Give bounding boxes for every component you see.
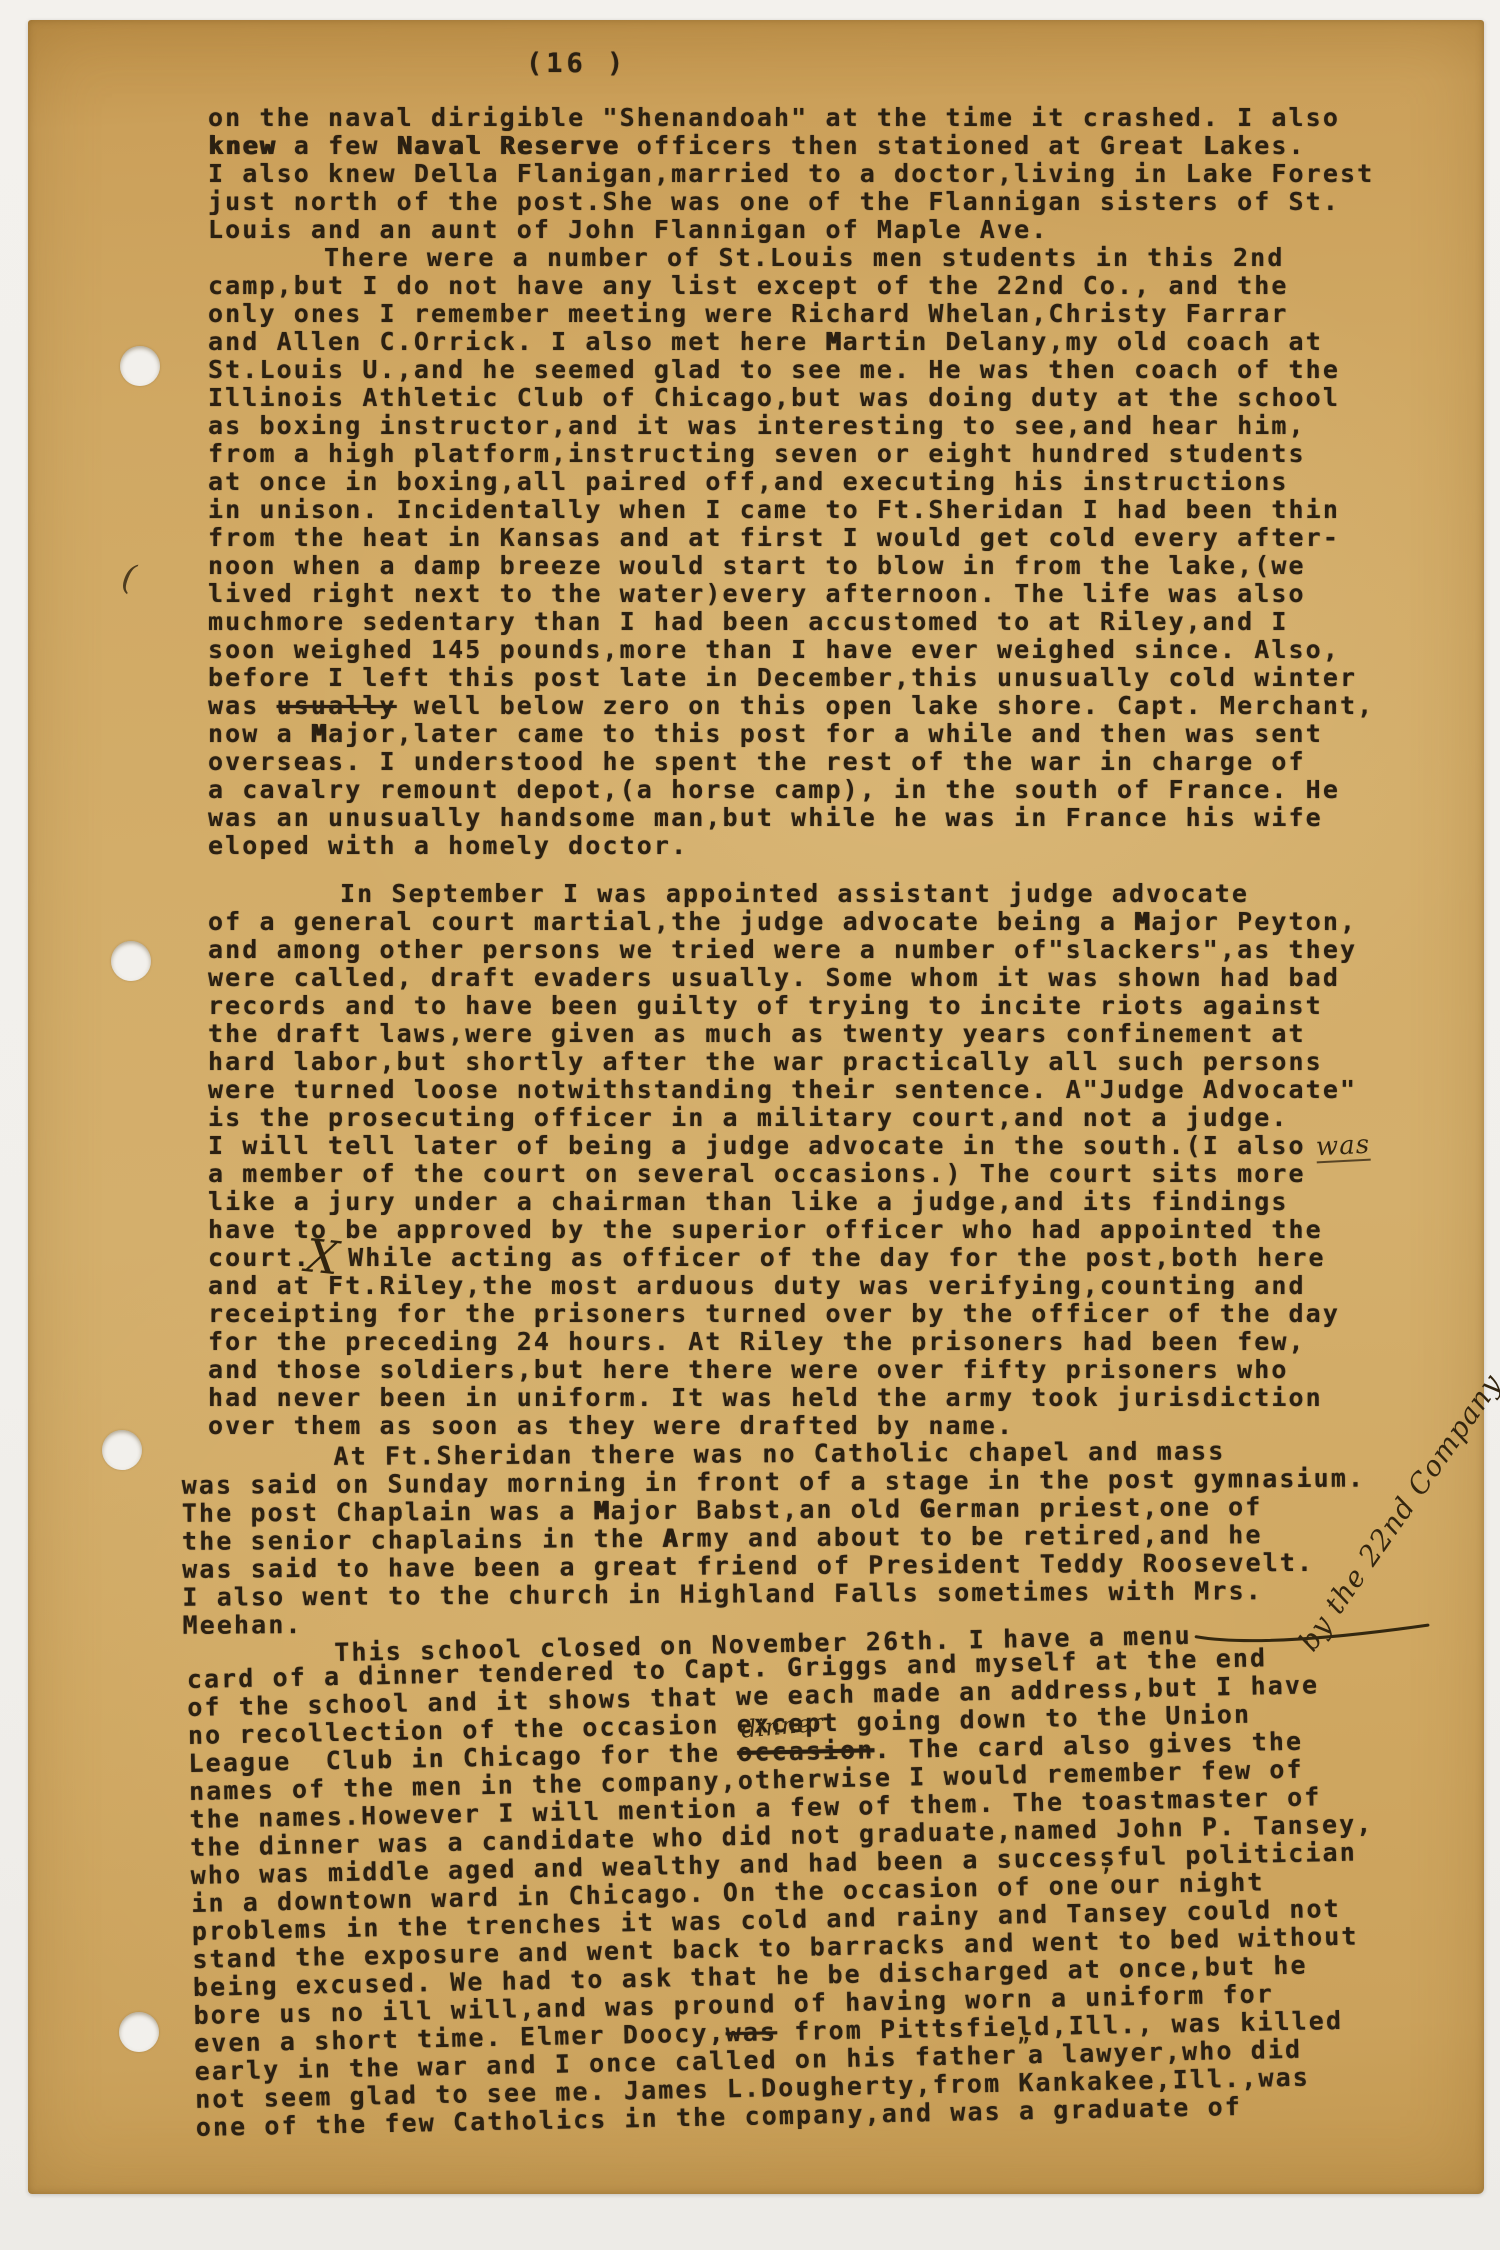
paragraph: At Ft.Sheridan there was no Catholic cha… — [181, 1436, 1428, 1640]
text-line: and among other persons we tried were a … — [208, 936, 1428, 964]
struck-word: occasiondinner — [737, 1735, 875, 1767]
text-line: There were a number of St.Louis men stud… — [208, 244, 1428, 272]
text-line: eloped with a homely doctor. — [208, 832, 1428, 860]
text-line: the draft laws,were given as much as twe… — [208, 1020, 1428, 1048]
paragraph: This school closed on November 26th. I h… — [186, 1613, 1434, 2142]
text-line: records and to have been guilty of tryin… — [208, 992, 1428, 1020]
text-line: like a jury under a chairman than like a… — [208, 1188, 1428, 1216]
paragraph: on the naval dirigible "Shenandoah" at t… — [208, 104, 1428, 244]
text-line: and those soldiers,but here there were o… — [208, 1356, 1428, 1384]
stray-pen-mark: ( — [119, 557, 139, 599]
text-line: a member of the court on several occasio… — [208, 1160, 1428, 1188]
text-line: on the naval dirigible "Shenandoah" at t… — [208, 104, 1428, 132]
text-line: from a high platform,instructing seven o… — [208, 440, 1428, 468]
paragraph: There were a number of St.Louis men stud… — [208, 244, 1428, 860]
text-line: and Allen C.Orrick. I also met here Mart… — [208, 328, 1428, 356]
text-line: St.Louis U.,and he seemed glad to see me… — [208, 356, 1428, 384]
text-line: and at Ft.Riley,the most arduous duty wa… — [208, 1272, 1428, 1300]
text-line: had never been in uniform. It was held t… — [208, 1384, 1428, 1412]
text-line: in unison. Incidentally when I came to F… — [208, 496, 1428, 524]
text-line: now a Major,later came to this post for … — [208, 720, 1428, 748]
text-line: I also knew Della Flanigan,married to a … — [208, 160, 1428, 188]
overstruck-text: M — [593, 1496, 610, 1525]
punch-hole — [102, 1430, 142, 1470]
overstruck-text: M — [311, 719, 328, 748]
text-line: muchmore sedentary than I had been accus… — [208, 608, 1428, 636]
text-line: of a general court martial,the judge adv… — [208, 908, 1428, 936]
overstruck-text: Naval Reserve — [397, 131, 620, 160]
text-line: receipting for the prisoners turned over… — [208, 1300, 1428, 1328]
handwritten-insertion-mark: ’ — [1100, 1862, 1111, 1890]
text-line: court.X While acting as officer of the d… — [208, 1244, 1428, 1272]
text-line: from the heat in Kansas and at first I w… — [208, 524, 1428, 552]
text-line: camp,but I do not have any list except o… — [208, 272, 1428, 300]
paragraph: In September I was appointed assistant j… — [208, 880, 1428, 1440]
struck-word: usually — [277, 691, 397, 720]
text-line: were turned loose notwithstanding their … — [208, 1076, 1428, 1104]
text-line: just north of the post.She was one of th… — [208, 188, 1428, 216]
handwritten-x-mark: X — [306, 1255, 324, 1257]
text-line: was an unusually handsome man,but while … — [208, 804, 1428, 832]
overstruck-text: M — [1134, 907, 1151, 936]
page-number: (16 ) — [526, 48, 627, 79]
text-line: a cavalry remount depot,(a horse camp), … — [208, 776, 1428, 804]
text-line: In September I was appointed assistant j… — [208, 880, 1428, 908]
text-line: is the prosecuting officer in a military… — [208, 1104, 1428, 1132]
handwritten-insertion-mark: ” — [1017, 2031, 1028, 2059]
text-line: was usually well below zero on this open… — [208, 692, 1428, 720]
text-line: before I left this post late in December… — [208, 664, 1428, 692]
text-line: only ones I remember meeting were Richar… — [208, 300, 1428, 328]
punch-hole — [119, 2012, 159, 2052]
text-line: Louis and an aunt of John Flannigan of M… — [208, 216, 1428, 244]
overstruck-text: knew — [208, 131, 277, 160]
overstruck-text: L — [1203, 131, 1220, 160]
text-line: hard labor,but shortly after the war pra… — [208, 1048, 1428, 1076]
text-line: overseas. I understood he spent the rest… — [208, 748, 1428, 776]
overstruck-text: M — [825, 327, 842, 356]
document-text: on the naval dirigible "Shenandoah" at t… — [208, 104, 1428, 2140]
text-line: lived right next to the water)every afte… — [208, 580, 1428, 608]
handwritten-word: was — [1315, 1131, 1371, 1164]
text-line: I will tell later of being a judge advoc… — [208, 1132, 1428, 1160]
text-line: over them as soon as they were drafted b… — [208, 1412, 1428, 1440]
overstruck-text: A — [662, 1524, 679, 1553]
text-line: for the preceding 24 hours. At Riley the… — [208, 1328, 1428, 1356]
text-line: have to be approved by the superior offi… — [208, 1216, 1428, 1244]
paper-sheet: (16 ) on the naval dirigible "Shenandoah… — [28, 20, 1484, 2194]
text-line: knew a few Naval Reserve officers then s… — [208, 132, 1428, 160]
text-line: soon weighed 145 pounds,more than I have… — [208, 636, 1428, 664]
struck-word: was — [725, 2017, 777, 2047]
text-line: at once in boxing,all paired off,and exe… — [208, 468, 1428, 496]
text-line: Illinois Athletic Club of Chicago,but wa… — [208, 384, 1428, 412]
punch-hole — [111, 941, 151, 981]
text-line: as boxing instructor,and it was interest… — [208, 412, 1428, 440]
text-line: noon when a damp breeze would start to b… — [208, 552, 1428, 580]
overstruck-text: G — [919, 1494, 936, 1523]
handwritten-insertion: dinner — [740, 1708, 825, 1743]
punch-hole — [120, 346, 160, 386]
text-line: were called, draft evaders usually. Some… — [208, 964, 1428, 992]
